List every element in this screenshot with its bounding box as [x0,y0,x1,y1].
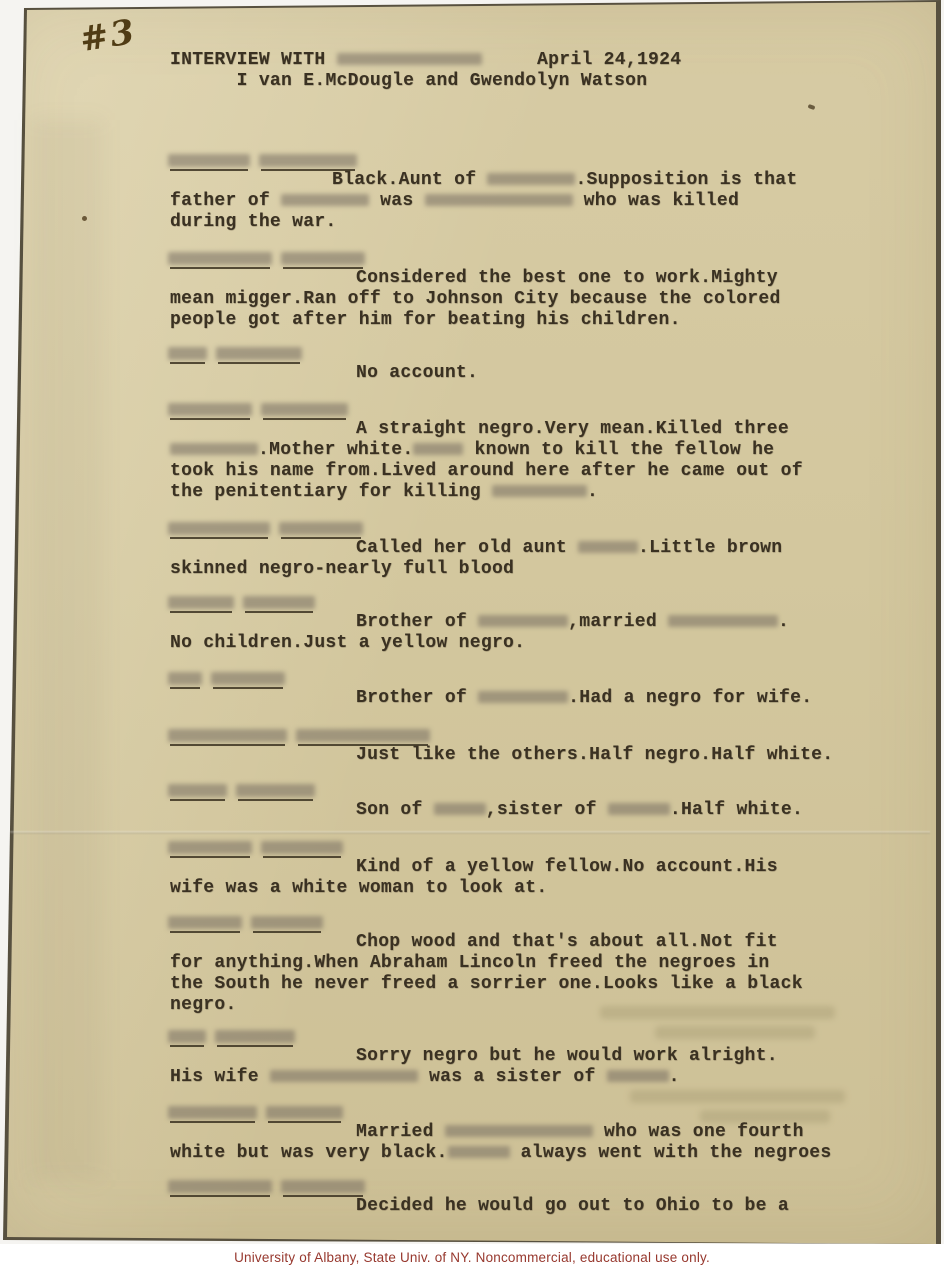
name-smudge [168,403,252,416]
redacted-text [608,803,670,815]
entry-text: Married who was one fourth white but was… [170,1122,915,1164]
entry-text: Brother of .Had a negro for wife. [170,688,915,709]
redacted-name-segment [170,521,268,539]
redacted-name-segment [170,915,240,933]
redacted-text [270,1070,418,1082]
name-smudge [279,522,363,535]
name-smudge [168,596,234,609]
redacted-text [445,1125,593,1137]
redacted-text [425,194,573,206]
redacted-name-segment [170,671,200,689]
entry-text: Brother of ,married . No children.Just a… [170,612,915,654]
name-smudge [261,841,343,854]
document-header: INTERVIEW WITH April 24,1924 I van E.McD… [170,50,910,92]
name-smudge [168,916,242,929]
redacted-text [413,443,463,455]
interview-entry: Just like the others.Half negro.Half whi… [170,725,915,766]
name-smudge [168,672,202,685]
redacted-text [578,541,638,553]
redacted-name [170,399,915,419]
redacted-name-segment [218,346,300,364]
redacted-name [170,1026,915,1046]
name-smudge [281,252,365,265]
name-smudge [168,522,270,535]
redacted-text [434,803,486,815]
redacted-name-segment [298,728,428,746]
redacted-name-segment [170,153,248,171]
redacted-name [170,592,915,612]
interview-entry: Decided he would go out to Ohio to be a [170,1176,915,1217]
redacted-name [170,1176,915,1196]
redacted-name-segment [263,402,346,420]
redacted-name [170,518,915,538]
name-smudge [259,154,357,167]
entry-text: Kind of a yellow fellow.No account.His w… [170,857,915,899]
redacted-name [170,1102,915,1122]
redacted-name-segment [170,251,270,269]
redacted-name-segment [261,153,355,171]
redacted-text [487,173,575,185]
entry-text: Black.Aunt of .Supposition is that fathe… [170,170,915,233]
scanned-document: #3 INTERVIEW WITH April 24,1924 I van E.… [0,0,944,1271]
redacted-name-segment [213,671,283,689]
redacted-name-segment [283,251,363,269]
entry-text: Son of ,sister of .Half white. [170,800,915,821]
redacted-name [170,837,915,857]
name-smudge [168,784,227,797]
interview-entry: Married who was one fourth white but was… [170,1102,915,1164]
redacted-name [170,150,915,170]
entry-text: Considered the best one to work.Mighty m… [170,268,915,331]
redacted-name [170,248,915,268]
name-smudge [243,596,315,609]
interview-entry: No account. [170,343,915,384]
name-smudge [168,1180,272,1193]
name-smudge [168,154,250,167]
redacted-name [170,343,915,363]
redacted-name-segment [170,1105,255,1123]
interview-entry: Sorry negro but he would work alright. H… [170,1026,915,1088]
interview-entry: Chop wood and that's about all.Not fit f… [170,912,915,1016]
redacted-name-segment [283,1179,363,1197]
redacted-name-segment [170,402,250,420]
redacted-name-segment [268,1105,341,1123]
interview-entry: Called her old aunt .Little brown skinne… [170,518,915,580]
name-smudge [281,1180,365,1193]
entry-text: Chop wood and that's about all.Not fit f… [170,932,915,1016]
redacted-text [607,1070,669,1082]
name-smudge [168,347,207,360]
redacted-name-segment [170,1179,270,1197]
redacted-name [170,780,915,800]
interview-entry: Brother of ,married . No children.Just a… [170,592,915,654]
name-smudge [216,347,302,360]
redacted-name [170,912,915,932]
redacted-name-segment [170,595,232,613]
archive-caption-text: University of Albany, State Univ. of NY.… [234,1250,710,1265]
redacted-name-segment [170,346,205,364]
interview-entry: Black.Aunt of .Supposition is that fathe… [170,150,915,233]
entry-text: Called her old aunt .Little brown skinne… [170,538,915,580]
redacted-text [170,443,258,455]
entry-text: Just like the others.Half negro.Half whi… [170,745,915,766]
redacted-name-segment [170,728,285,746]
name-smudge [236,784,315,797]
name-smudge [168,729,287,742]
redacted-name-segment [217,1029,293,1047]
name-smudge [168,252,272,265]
name-smudge [251,916,323,929]
entry-text: Decided he would go out to Ohio to be a [170,1196,915,1217]
redacted-text [337,53,482,65]
entry-text: A straight negro.Very mean.Killed three … [170,419,915,503]
redacted-name-segment [170,1029,204,1047]
redacted-name-segment [253,915,321,933]
redacted-name-segment [263,840,341,858]
redacted-name-segment [281,521,361,539]
typewritten-content: #3 INTERVIEW WITH April 24,1924 I van E.… [0,0,944,1244]
name-smudge [168,841,252,854]
name-smudge [261,403,348,416]
interview-entry: Kind of a yellow fellow.No account.His w… [170,837,915,899]
redacted-name-segment [238,783,313,801]
interview-entry: A straight negro.Very mean.Killed three … [170,399,915,503]
redacted-name-segment [245,595,313,613]
redacted-text [492,485,587,497]
name-smudge [168,1106,257,1119]
entry-text: No account. [170,363,915,384]
handwritten-page-number: #3 [79,22,138,52]
redacted-text [478,691,568,703]
name-smudge [266,1106,343,1119]
name-smudge [168,1030,206,1043]
redacted-text [668,615,778,627]
interview-entry: Considered the best one to work.Mighty m… [170,248,915,331]
name-smudge [296,729,430,742]
redacted-name [170,725,915,745]
redacted-text [478,615,568,627]
redacted-name-segment [170,840,250,858]
interview-entry: Son of ,sister of .Half white. [170,780,915,821]
name-smudge [215,1030,295,1043]
entry-text: Sorry negro but he would work alright. H… [170,1046,915,1088]
redacted-name-segment [170,783,225,801]
redacted-text [448,1146,510,1158]
redacted-name [170,668,915,688]
name-smudge [211,672,285,685]
archive-caption-strip: University of Albany, State Univ. of NY.… [0,1244,944,1271]
redacted-text [281,194,369,206]
interview-entry: Brother of .Had a negro for wife. [170,668,915,709]
